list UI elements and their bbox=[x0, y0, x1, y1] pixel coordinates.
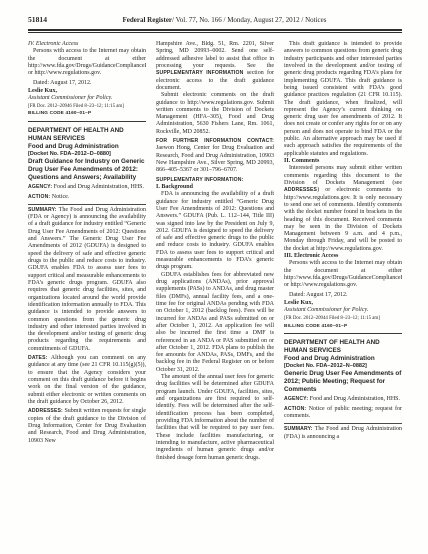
summary-paragraph: SUMMARY: The Food and Drug Administratio… bbox=[28, 207, 146, 353]
continuation-text: Hampshire Ave., Bldg. 51, Rm. 2201, Silv… bbox=[156, 41, 274, 69]
addresses-inline-ref: ADDRESSES bbox=[284, 187, 317, 193]
addresses-continuation-paragraph: Hampshire Ave., Bldg. 51, Rm. 2201, Silv… bbox=[156, 41, 274, 92]
further-information-label: FOR FURTHER INFORMATION CONTACT: bbox=[156, 138, 274, 144]
action-paragraph: ACTION: Notice of public meeting; reques… bbox=[284, 406, 402, 421]
summary-value: The Food and Drug Administration (FDA or… bbox=[28, 207, 146, 352]
running-head: 51814 Federal Register/ Vol. 77, No. 166… bbox=[28, 16, 402, 24]
further-information-paragraph: FOR FURTHER INFORMATION CONTACT: Jaewon … bbox=[156, 138, 274, 175]
dated-line: Dated: August 17, 2012. bbox=[284, 292, 402, 299]
further-information-value: Jaewon Hong, Center for Drug Evaluation … bbox=[156, 145, 274, 173]
comments-text: Interested persons may submit either wri… bbox=[284, 165, 402, 186]
billing-code: BILLING CODE 4160–01–P bbox=[284, 323, 402, 329]
electronic-access-paragraph: Persons with access to the Internet may … bbox=[284, 260, 402, 289]
billing-code: BILLING CODE 4160–01–P bbox=[28, 110, 146, 116]
department-heading: DEPARTMENT OF HEALTH AND HUMAN SERVICES bbox=[284, 339, 402, 355]
dates-value: Although you can comment on any guidance… bbox=[28, 355, 146, 405]
supplementary-information-inline-ref: SUPPLEMENTARY INFORMATION bbox=[156, 70, 243, 76]
agency-value: Food and Drug Administration, HHS. bbox=[54, 184, 144, 190]
addresses-label: ADDRESSES: bbox=[28, 408, 63, 414]
summary-label: SUMMARY: bbox=[284, 426, 313, 432]
docket-number: [Docket No. FDA–2012–N–0882] bbox=[284, 363, 402, 370]
running-head-center: Federal Register/ Vol. 77, No. 166 / Mon… bbox=[47, 16, 402, 24]
docket-number: [Docket No. FDA–2012–D–0880] bbox=[28, 151, 146, 158]
page-number: 51814 bbox=[28, 16, 47, 24]
summary-label: SUMMARY: bbox=[28, 207, 57, 213]
submit-comments-paragraph: Submit electronic comments on the draft … bbox=[156, 92, 274, 136]
comments-paragraph: Interested persons may submit either wri… bbox=[284, 165, 402, 253]
draft-guidance-purpose-paragraph: This draft guidance is intended to provi… bbox=[284, 41, 402, 158]
fr-doc-line: [FR Doc. 2012–20944 Filed 8–23–12; 11:15… bbox=[284, 316, 402, 322]
summary-rule bbox=[284, 423, 402, 424]
header-double-rule bbox=[28, 29, 402, 33]
signer-title: Assistant Commissioner for Policy. bbox=[28, 95, 146, 102]
heading-comments: II. Comments bbox=[284, 158, 402, 165]
column-2: Hampshire Ave., Bldg. 51, Rm. 2201, Silv… bbox=[156, 41, 274, 527]
agency-label: AGENCY: bbox=[28, 184, 52, 190]
notice-title: Generic Drug User Fee Amendments of 2012… bbox=[284, 370, 402, 394]
summary-rule bbox=[28, 204, 146, 205]
agency-paragraph: AGENCY: Food and Drug Administration, HH… bbox=[28, 184, 146, 191]
column-1: IV. Electronic Access Persons with acces… bbox=[28, 41, 146, 527]
notice-title: Draft Guidance for Industry on Generic D… bbox=[28, 158, 146, 182]
action-label: ACTION: bbox=[284, 406, 306, 412]
dates-label: DATES: bbox=[28, 355, 47, 361]
agency-value: Food and Drug Administration, HHS. bbox=[310, 396, 400, 402]
federal-register-page: 51814 Federal Register/ Vol. 77, No. 166… bbox=[0, 0, 428, 554]
action-paragraph: ACTION: Notice. bbox=[28, 194, 146, 201]
agency-label: AGENCY: bbox=[284, 396, 308, 402]
dates-paragraph: DATES: Although you can comment on any g… bbox=[28, 355, 146, 406]
fr-doc-line: [FR Doc. 2012–20946 Filed 8–23–12; 11:15… bbox=[28, 104, 146, 110]
agency-paragraph: AGENCY: Food and Drug Administration, HH… bbox=[284, 396, 402, 403]
column-3: This draft guidance is intended to provi… bbox=[284, 41, 402, 527]
action-label: ACTION: bbox=[28, 194, 50, 200]
signer-title: Assistant Commissioner for Policy. bbox=[284, 307, 402, 314]
notice-separator bbox=[284, 333, 402, 334]
paragraph-internet-access: Persons with access to the Internet may … bbox=[28, 48, 146, 77]
issue-info: / Vol. 77, No. 166 / Monday, August 27, … bbox=[172, 16, 326, 24]
summary-paragraph: SUMMARY: The Food and Drug Administratio… bbox=[284, 426, 402, 441]
heading-electronic-access-iv: IV. Electronic Access bbox=[28, 41, 146, 48]
heading-electronic-access-iii: III. Electronic Access bbox=[284, 253, 402, 260]
background-paragraph-1: FDA is announcing the availability of a … bbox=[156, 191, 274, 271]
background-paragraph-3: The amount of the annual user fees for g… bbox=[156, 374, 274, 462]
action-value: Notice. bbox=[52, 194, 70, 200]
comments-text-end: ) or electronic comments to http://www.r… bbox=[284, 187, 402, 252]
page-columns: IV. Electronic Access Persons with acces… bbox=[28, 41, 402, 527]
supplementary-information-paragraph: SUPPLEMENTARY INFORMATION: bbox=[156, 177, 274, 184]
background-paragraph-2: GDUFA establishes fees for abbreviated n… bbox=[156, 272, 274, 374]
agency-heading: Food and Drug Administration bbox=[28, 143, 146, 151]
agency-heading: Food and Drug Administration bbox=[284, 355, 402, 363]
journal-title: Federal Register bbox=[122, 16, 172, 24]
department-heading: DEPARTMENT OF HEALTH AND HUMAN SERVICES bbox=[28, 127, 146, 143]
dated-line: Dated: August 17, 2012. bbox=[28, 80, 146, 87]
supplementary-information-label: SUPPLEMENTARY INFORMATION: bbox=[156, 177, 243, 183]
notice-separator bbox=[28, 121, 146, 122]
addresses-paragraph: ADDRESSES: Submit written requests for s… bbox=[28, 408, 146, 445]
